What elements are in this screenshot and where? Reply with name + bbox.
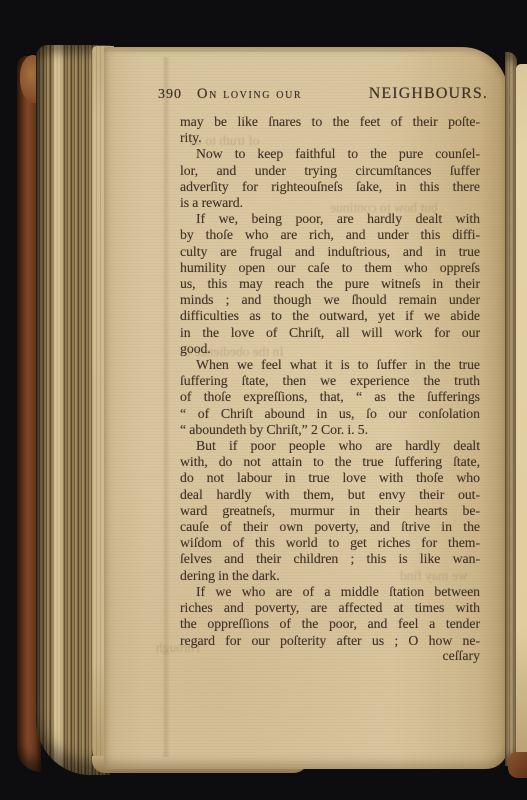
back-cover-corner: [508, 752, 527, 778]
text-line: humility open our caſe to them who oppre…: [180, 260, 480, 276]
text-line: wiſdom of this world to get riches for t…: [180, 535, 480, 551]
text-line: Now to keep faithful to the pure counſel…: [180, 146, 480, 162]
text-line: deal hardly with them, but envy their ou…: [180, 487, 480, 503]
page-number: 390: [158, 87, 182, 103]
text-line: ſuffering ſtate, then we experience the …: [180, 373, 480, 389]
text-line: may be like ſnares to the feet of their …: [180, 114, 480, 130]
text-line: us, this may reach the pure witneſs in t…: [180, 276, 480, 292]
facing-page-edge: [516, 64, 527, 766]
text-line: do not labour in true love with thoſe wh…: [180, 470, 480, 486]
text-line: of thoſe expreſſions, that, “ as the ſuf…: [180, 389, 480, 405]
text-line: in the love of Chriſt, all will work for…: [180, 325, 480, 341]
text-line: ſelves and their children ; this is like…: [180, 551, 480, 567]
book-page: of truth to us but how to continue In th…: [104, 47, 508, 769]
text-line: If we who are of a middle ſtation betwee…: [180, 584, 480, 600]
text-line: culty are frugal and induſtrious, and in…: [180, 244, 480, 260]
text-line: difficulties as to the outward, yet if w…: [180, 308, 480, 324]
text-block: may be like ſnares to the feet of their …: [180, 114, 480, 649]
text-line: “ aboundeth by Chriſt,” 2 Cor. i. 5.: [180, 422, 480, 438]
text-line: the oppreſſions of the poor, and feel a …: [180, 616, 480, 632]
text-line: is a reward.: [180, 195, 480, 211]
text-line: rity.: [180, 130, 480, 146]
text-line: good.: [180, 341, 480, 357]
text-line: minds ; and though we ſhould remain unde…: [180, 292, 480, 308]
text-line: dering in the dark.: [180, 568, 480, 584]
running-header: 390 On loving our NEIGHBOURS.: [158, 85, 488, 103]
text-line: But if poor people who are hardly dealt: [180, 438, 480, 454]
text-line: by thoſe who are rich, and under this di…: [180, 227, 480, 243]
scanned-book-photo: of truth to us but how to continue In th…: [0, 0, 527, 800]
running-title-small: On loving our: [197, 86, 302, 103]
text-line: When we feel what it is to ſuffer in the…: [180, 357, 480, 373]
running-title-large: NEIGHBOURS.: [369, 85, 488, 103]
text-line: regard for our poſterity after us ; O ho…: [180, 633, 480, 649]
text-line: ward greatneſs, murmur in their hearts b…: [180, 503, 480, 519]
text-line: cauſe of their own poverty, and ſtrive i…: [180, 519, 480, 535]
running-title: On loving our NEIGHBOURS.: [197, 85, 488, 103]
text-line: adverſity for righteouſneſs ſake, in thi…: [180, 179, 480, 195]
text-line: lor, and under trying circumſtances ſuff…: [180, 163, 480, 179]
text-line: If we, being poor, are hardly dealt with: [180, 211, 480, 227]
text-line: “ of Chriſt abound in us, ſo our conſola…: [180, 406, 480, 422]
text-line: riches and poverty, are affected at time…: [180, 600, 480, 616]
text-line: with, do not attain to the true ſufferin…: [180, 454, 480, 470]
catchword: ceſſary: [180, 648, 480, 664]
